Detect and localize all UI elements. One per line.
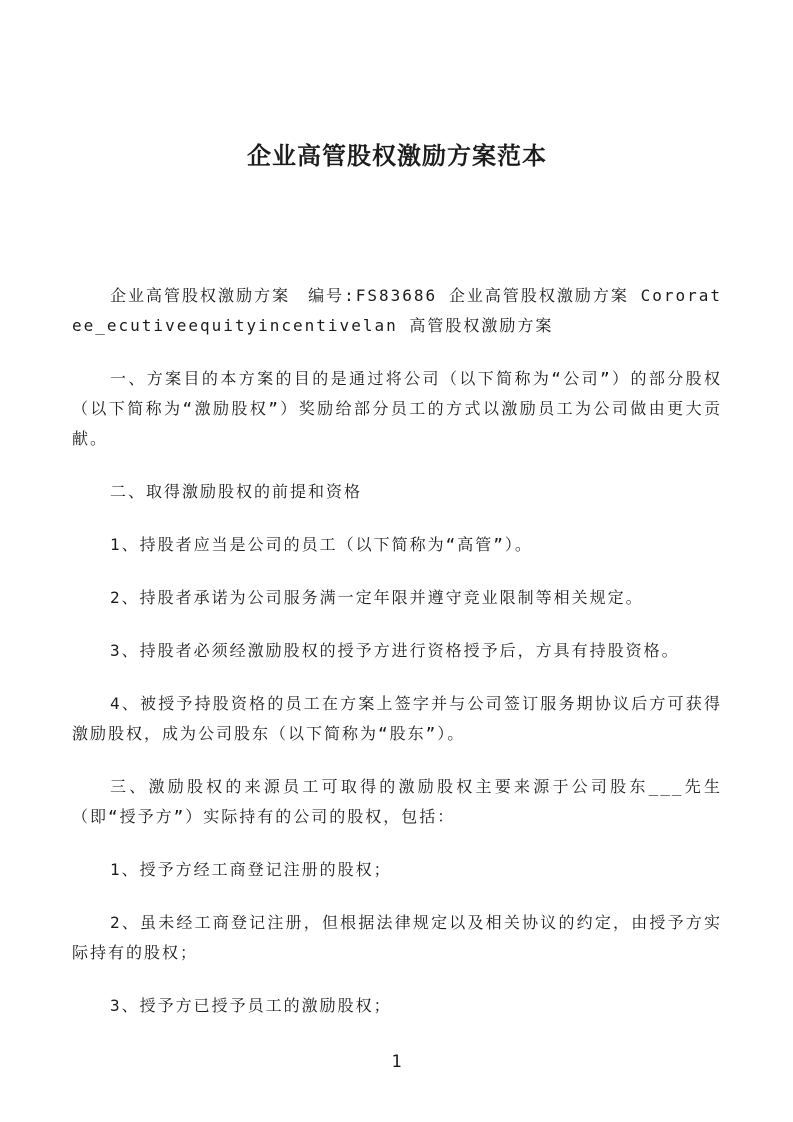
document-page: 企业高管股权激励方案范本 企业高管股权激励方案 编号:FS83686 企业高管股… — [0, 0, 793, 1122]
paragraph-header-line: 企业高管股权激励方案 编号:FS83686 企业高管股权激励方案 Cororat… — [72, 281, 722, 341]
paragraph-section-1-purpose: 一、方案目的本方案的目的是通过将公司（以下简称为“公司”）的部分股权（以下简称为… — [72, 364, 722, 454]
paragraph-section-3-item-2: 2、虽未经工商登记注册，但根据法律规定以及相关协议的约定，由授予方实际持有的股权… — [72, 908, 722, 968]
paragraph-section-2-item-4: 4、被授予持股资格的员工在方案上签字并与公司签订服务期协议后方可获得激励股权，成… — [72, 689, 722, 749]
paragraph-section-2-item-2: 2、持股者承诺为公司服务满一定年限并遵守竞业限制等相关规定。 — [72, 583, 722, 613]
paragraph-section-2-heading: 二、取得激励股权的前提和资格 — [72, 477, 722, 507]
document-title: 企业高管股权激励方案范本 — [72, 138, 722, 174]
paragraph-section-3-source: 三、激励股权的来源员工可取得的激励股权主要来源于公司股东___先生（即“授予方”… — [72, 772, 722, 832]
paragraph-section-2-item-1: 1、持股者应当是公司的员工（以下简称为“高管”）。 — [72, 530, 722, 560]
paragraph-section-3-item-3: 3、授予方已授予员工的激励股权； — [72, 991, 722, 1021]
paragraph-section-2-item-3: 3、持股者必须经激励股权的授予方进行资格授予后，方具有持股资格。 — [72, 636, 722, 666]
paragraph-section-3-item-1: 1、授予方经工商登记注册的股权； — [72, 855, 722, 885]
document-content: 企业高管股权激励方案范本 企业高管股权激励方案 编号:FS83686 企业高管股… — [72, 0, 722, 1044]
page-number: 1 — [0, 1050, 793, 1074]
document-body: 企业高管股权激励方案 编号:FS83686 企业高管股权激励方案 Cororat… — [72, 281, 722, 1021]
